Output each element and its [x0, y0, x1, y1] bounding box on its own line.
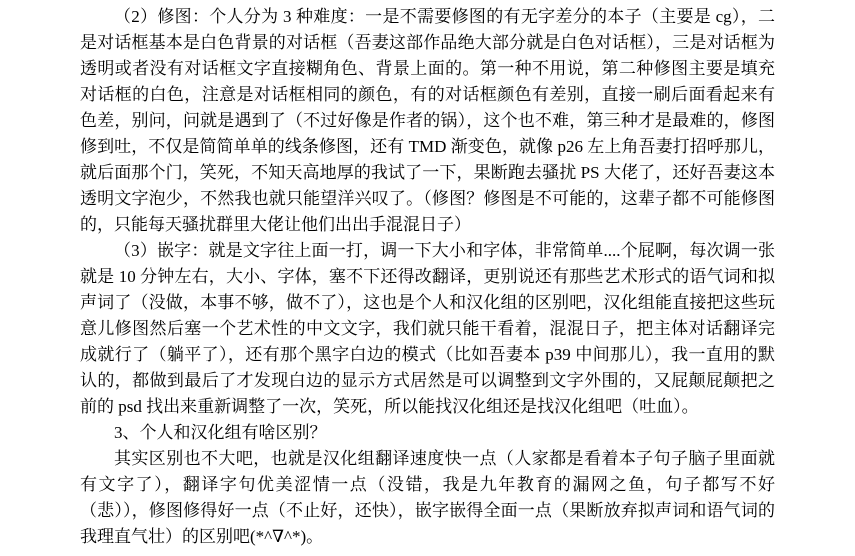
- paragraph-difference: 其实区别也不大吧，也就是汉化组翻译速度快一点（人家都是看着本子句子脑子里面就有文…: [80, 446, 775, 550]
- paragraph-section-heading: 3、个人和汉化组有啥区别？: [80, 420, 775, 446]
- paragraph-retouching: （2）修图：个人分为 3 种难度：一是不需要修图的有无字差分的本子（主要是 cg…: [80, 4, 775, 238]
- document-page: （2）修图：个人分为 3 种难度：一是不需要修图的有无字差分的本子（主要是 cg…: [0, 0, 855, 556]
- paragraph-typesetting: （3）嵌字：就是文字往上面一打，调一下大小和字体，非常简单....个屁啊，每次调…: [80, 238, 775, 420]
